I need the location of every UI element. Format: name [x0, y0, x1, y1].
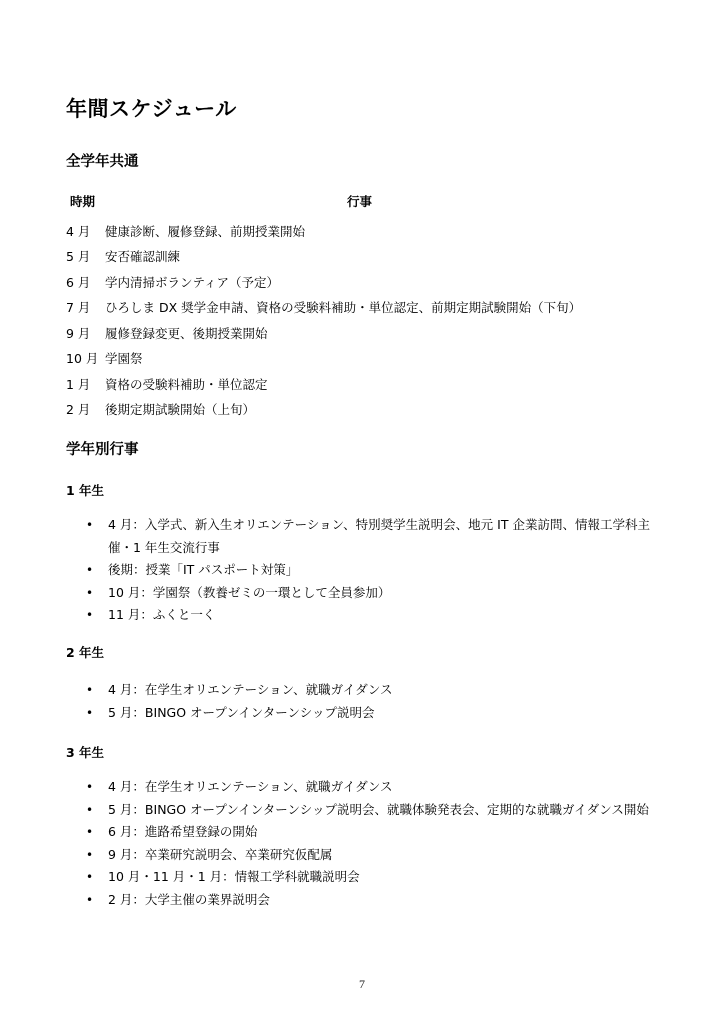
- row-period: 9 月: [66, 324, 105, 342]
- list-item: • 9 月：卒業研究説明会、卒業研究仮配属: [86, 844, 666, 867]
- bullet-icon: •: [86, 844, 96, 867]
- row-event: 履修登録変更、後期授業開始: [105, 324, 268, 342]
- list-item: • 4 月：在学生オリエンテーション、就職ガイダンス: [86, 679, 666, 702]
- row-period: 4 月: [66, 222, 105, 240]
- year-3-event-list: • 4 月：在学生オリエンテーション、就職ガイダンス • 5 月：BINGO オ…: [86, 776, 666, 911]
- page-number: 7: [0, 977, 724, 992]
- column-header-period: 時期: [70, 192, 95, 210]
- list-item-text: 9 月：卒業研究説明会、卒業研究仮配属: [108, 847, 332, 862]
- year-1-heading: 1 年生: [66, 481, 104, 499]
- list-item-text: 10 月：学園祭（教養ゼミの一環として全員参加）: [108, 585, 390, 600]
- bullet-icon: •: [86, 702, 96, 725]
- row-period: 10 月: [66, 349, 105, 367]
- row-period: 1 月: [66, 375, 105, 393]
- bullet-icon: •: [86, 889, 96, 912]
- row-event: 学園祭: [105, 349, 143, 367]
- bullet-icon: •: [86, 799, 96, 822]
- list-item-text: 2 月：大学主催の業界説明会: [108, 892, 270, 907]
- list-item-text: 後期：授業「IT パスポート対策」: [108, 562, 298, 577]
- bullet-icon: •: [86, 776, 96, 799]
- list-item-text: 5 月：BINGO オープンインターンシップ説明会、就職体験発表会、定期的な就職…: [108, 802, 649, 817]
- row-period: 2 月: [66, 400, 105, 418]
- list-item: • 4 月：在学生オリエンテーション、就職ガイダンス: [86, 776, 666, 799]
- row-period: 5 月: [66, 247, 105, 265]
- list-item-text: 4 月：在学生オリエンテーション、就職ガイダンス: [108, 779, 393, 794]
- column-header-event: 行事: [347, 192, 372, 210]
- table-row: 5 月 安否確認訓練: [66, 244, 581, 270]
- row-event: 資格の受験料補助・単位認定: [105, 375, 268, 393]
- list-item-text: 11 月：ふくと一く: [108, 607, 215, 622]
- table-row: 4 月 健康診断、履修登録、前期授業開始: [66, 218, 581, 244]
- year-2-event-list: • 4 月：在学生オリエンテーション、就職ガイダンス • 5 月：BINGO オ…: [86, 679, 666, 724]
- row-period: 7 月: [66, 298, 105, 316]
- table-row: 2 月 後期定期試験開始（上旬）: [66, 397, 581, 423]
- bullet-icon: •: [86, 679, 96, 702]
- document-page: 年間スケジュール 全学年共通 時期 行事 4 月 健康診断、履修登録、前期授業開…: [0, 0, 724, 1024]
- table-row: 10 月 学園祭: [66, 346, 581, 372]
- bullet-icon: •: [86, 604, 96, 627]
- list-item-text: 4 月：入学式、新入生オリエンテーション、特別奨学生説明会、地元 IT 企業訪問…: [108, 517, 650, 555]
- table-row: 9 月 履修登録変更、後期授業開始: [66, 320, 581, 346]
- list-item: • 5 月：BINGO オープンインターンシップ説明会: [86, 702, 666, 725]
- list-item: • 5 月：BINGO オープンインターンシップ説明会、就職体験発表会、定期的な…: [86, 799, 666, 822]
- list-item-text: 5 月：BINGO オープンインターンシップ説明会: [108, 705, 374, 720]
- year-3-heading: 3 年生: [66, 743, 104, 761]
- bullet-icon: •: [86, 514, 96, 537]
- row-event: 学内清掃ボランティア（予定）: [105, 273, 279, 291]
- list-item: • 4 月：入学式、新入生オリエンテーション、特別奨学生説明会、地元 IT 企業…: [86, 514, 666, 559]
- page-title: 年間スケジュール: [66, 93, 237, 123]
- row-event: 健康診断、履修登録、前期授業開始: [105, 222, 305, 240]
- list-item-text: 4 月：在学生オリエンテーション、就職ガイダンス: [108, 682, 393, 697]
- common-schedule-heading: 全学年共通: [66, 150, 139, 171]
- row-event: 後期定期試験開始（上旬）: [105, 400, 255, 418]
- table-row: 7 月 ひろしま DX 奨学金申請、資格の受験料補助・単位認定、前期定期試験開始…: [66, 295, 581, 321]
- list-item: • 2 月：大学主催の業界説明会: [86, 889, 666, 912]
- schedule-table: 4 月 健康診断、履修登録、前期授業開始 5 月 安否確認訓練 6 月 学内清掃…: [66, 218, 581, 422]
- by-year-heading: 学年別行事: [66, 438, 139, 459]
- table-row: 1 月 資格の受験料補助・単位認定: [66, 371, 581, 397]
- table-row: 6 月 学内清掃ボランティア（予定）: [66, 269, 581, 295]
- year-2-heading: 2 年生: [66, 643, 104, 661]
- list-item-text: 10 月・11 月・1 月：情報工学科就職説明会: [108, 869, 360, 884]
- row-event: ひろしま DX 奨学金申請、資格の受験料補助・単位認定、前期定期試験開始（下旬）: [105, 298, 581, 316]
- bullet-icon: •: [86, 866, 96, 889]
- list-item: • 後期：授業「IT パスポート対策」: [86, 559, 666, 582]
- list-item: • 10 月・11 月・1 月：情報工学科就職説明会: [86, 866, 666, 889]
- list-item: • 11 月：ふくと一く: [86, 604, 666, 627]
- row-period: 6 月: [66, 273, 105, 291]
- list-item: • 10 月：学園祭（教養ゼミの一環として全員参加）: [86, 582, 666, 605]
- bullet-icon: •: [86, 821, 96, 844]
- bullet-icon: •: [86, 559, 96, 582]
- year-1-event-list: • 4 月：入学式、新入生オリエンテーション、特別奨学生説明会、地元 IT 企業…: [86, 514, 666, 627]
- bullet-icon: •: [86, 582, 96, 605]
- list-item: • 6 月：進路希望登録の開始: [86, 821, 666, 844]
- list-item-text: 6 月：進路希望登録の開始: [108, 824, 257, 839]
- row-event: 安否確認訓練: [105, 247, 180, 265]
